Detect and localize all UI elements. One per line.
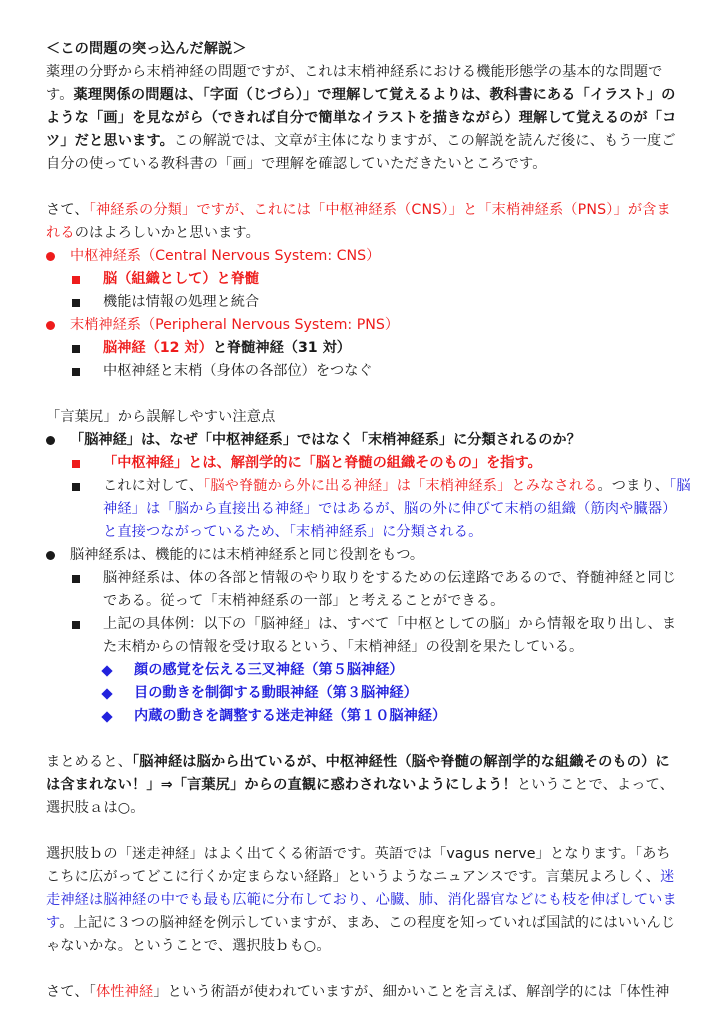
intro-emphasis: ような「画」を見ながら（できれば自分で簡単なイラストを描きながら）理解して覚える… (46, 110, 676, 126)
text: 。つまり、 (597, 478, 669, 494)
list-item-pns: 末梢神経系（Peripheral Nervous System: PNS） (46, 314, 682, 337)
bullet-diamond-icon (103, 705, 111, 728)
section-heading: ＜この問題の突っ込んだ解説＞ (46, 38, 682, 61)
caution-title: 「言葉尻」から誤解しやすい注意点 (46, 406, 682, 429)
text: さて、 (46, 202, 89, 218)
bullet-circle-icon (46, 544, 55, 567)
list-item-label: 「脳神経」は、なぜ「中枢神経系」ではなく「末梢神経系」に分類されるのか？ (70, 432, 581, 448)
text: 選択肢ｂの「迷走神経」はよく出てくる術語です。英語では「vagus nerve」… (46, 843, 682, 866)
bullet-square-icon (72, 475, 80, 498)
intro-emphasis: 薬理関係の問題は、「字面（じづら）」で理解して覚えるよりは、教科書にある「イラス… (74, 87, 676, 103)
list-subitem: 脳（組織として）と脊髄 (46, 268, 682, 291)
highlight-text: れる (46, 225, 75, 241)
intro-text: す。 (46, 87, 74, 103)
bullet-diamond-icon (103, 659, 111, 682)
bullet-circle-icon (46, 245, 55, 268)
highlight-text: 体性神経 (96, 984, 153, 1000)
blue-text: 神経」は「脳から直接出る神経」ではあるが、脳の外に伸びて末梢の組織（筋肉や臓器） (103, 498, 682, 521)
text: まとめると、 (46, 754, 132, 770)
text: のはよろしいかと思います。 (75, 225, 260, 241)
blue-text: す (46, 915, 59, 931)
document-page: ＜この問題の突っ込んだ解説＞ 薬理の分野から末梢神経の問題ですが、これは末梢神経… (46, 38, 682, 1004)
emphasis-text: は含まれない！」⇒「言葉尻」からの直観に惑わされないようにしよう！ (46, 777, 517, 793)
list-subitem-label: と脊髄神経（31 対） (213, 340, 351, 356)
list-subitem: 「中枢神経」とは、解剖学的に「脳と脊髄の組織そのもの」を指す。 (46, 452, 682, 475)
highlight-text: 脳神経（12 対） (103, 340, 213, 356)
highlight-text: 「脳や脊髄から外に出る神経」は「末梢神経系」とみなされる (203, 478, 597, 494)
bullet-square-icon (72, 613, 80, 636)
intro-text: 薬理の分野から末梢神経の問題ですが、これは末梢神経系における機能形態学の基本的な… (46, 64, 663, 80)
intro-emphasis: ツ」だと思います。 (46, 133, 174, 149)
example-item: 顔の感覚を伝える三叉神経（第５脳神経） (46, 659, 682, 682)
example-label: 内蔵の動きを調整する迷走神経（第１０脳神経） (134, 708, 446, 724)
bullet-circle-icon (46, 429, 55, 452)
bullet-square-icon (72, 452, 80, 475)
somatic-paragraph: さて、「体性神経」という術語が使われていますが、細かいことを言えば、解剖学的には… (46, 981, 682, 1004)
summary-paragraph: まとめると、「脳神経は脳から出ているが、中枢神経性（脳や脊髄の解剖学的な組織その… (46, 751, 682, 820)
text: ということで、よって、 (517, 777, 674, 793)
bullet-square-icon (72, 268, 80, 291)
text: である。従って「末梢神経系の一部」と考えることができる。 (103, 590, 682, 613)
list-item-label: 中枢神経系（Central Nervous System: CNS） (70, 248, 380, 264)
bullet-square-icon (72, 291, 80, 314)
list-subitem-label: 「中枢神経」とは、解剖学的に「脳と脊髄の組織そのもの」を指す。 (103, 455, 542, 471)
list-subitem-label: 中枢神経と末梢（身体の各部位）をつなぐ (103, 363, 373, 379)
bullet-square-icon (72, 567, 80, 590)
example-label: 顔の感覚を伝える三叉神経（第５脳神経） (134, 662, 404, 678)
list-subitem: 脳神経系は、体の各部と情報のやり取りをするための伝達路であるので、脊髄神経と同じ… (46, 567, 682, 613)
blue-text: 走神経は脳神経の中でも最も広範に分布しており、心臓、肺、消化器官などにも枝を伸ば… (46, 889, 682, 912)
choice-b-paragraph: 選択肢ｂの「迷走神経」はよく出てくる術語です。英語では「vagus nerve」… (46, 843, 682, 958)
text: 選択肢ａは○。 (46, 797, 682, 820)
highlight-text: 「神経系の分類」ですが、これには「中枢神経系（CNS）」と「末梢神経系（PNS）… (89, 202, 671, 218)
list-subitem-label: 機能は情報の処理と統合 (103, 294, 259, 310)
list-subitem: 中枢神経と末梢（身体の各部位）をつなぐ (46, 360, 682, 383)
text: これに対して、 (103, 478, 203, 494)
list-item-question: 「脳神経」は、なぜ「中枢神経系」ではなく「末梢神経系」に分類されるのか？ (46, 429, 682, 452)
list-subitem: 機能は情報の処理と統合 (46, 291, 682, 314)
list-subitem: これに対して、「脳や脊髄から外に出る神経」は「末梢神経系」とみなされる。つまり、… (46, 475, 682, 544)
text: 上記の具体例：以下の「脳神経」は、すべて「中枢としての脳」から情報を取り出し、ま (103, 613, 682, 636)
intro-text: 自分の使っている教科書の「画」で理解を確認していただきたいところです。 (46, 156, 547, 172)
list-subitem-label: 脳（組織として）と脊髄 (103, 271, 259, 287)
list-item-cns: 中枢神経系（Central Nervous System: CNS） (46, 245, 682, 268)
bullet-square-icon (72, 337, 80, 360)
text: 」という術語が使われていますが、細かいことを言えば、解剖学的には「体性神 (153, 984, 669, 1000)
list-item-function: 脳神経系は、機能的には末梢神経系と同じ役割をもつ。 (46, 544, 682, 567)
blue-text: 迷 (660, 869, 674, 885)
text: ゃないかな。ということで、選択肢ｂも○。 (46, 935, 682, 958)
caution-section: 「言葉尻」から誤解しやすい注意点 「脳神経」は、なぜ「中枢神経系」ではなく「末梢… (46, 406, 682, 728)
intro-text: この解説では、文章が主体になりますが、この解説を読んだ後に、もう一度ご (174, 133, 676, 149)
blue-text: と直接つながっているため、「末梢神経系」に分類される。 (103, 521, 682, 544)
bullet-circle-icon (46, 314, 55, 337)
example-item: 目の動きを制御する動眼神経（第３脳神経） (46, 682, 682, 705)
text: こちに広がってどこに行くか定まらない経路」というようなニュアンスです。言葉尻よろ… (46, 869, 660, 885)
list-subitem: 脳神経（12 対）と脊髄神経（31 対） (46, 337, 682, 360)
blue-text: 「脳 (669, 478, 691, 494)
intro-paragraph: 薬理の分野から末梢神経の問題ですが、これは末梢神経系における機能形態学の基本的な… (46, 61, 682, 176)
example-label: 目の動きを制御する動眼神経（第３脳神経） (134, 685, 418, 701)
list-subitem: 上記の具体例：以下の「脳神経」は、すべて「中枢としての脳」から情報を取り出し、ま… (46, 613, 682, 659)
classification-paragraph: さて、「神経系の分類」ですが、これには「中枢神経系（CNS）」と「末梢神経系（P… (46, 199, 682, 383)
text: た末梢からの情報を受け取るという、「末梢神経」の役割を果たしている。 (103, 636, 682, 659)
text: さて、「 (46, 984, 96, 1000)
bullet-square-icon (72, 360, 80, 383)
list-item-label: 末梢神経系（Peripheral Nervous System: PNS） (70, 317, 399, 333)
bullet-diamond-icon (103, 682, 111, 705)
text: 。上記に３つの脳神経を例示していますが、まあ、この程度を知っていれば国試的にはい… (59, 915, 675, 931)
text: 脳神経系は、体の各部と情報のやり取りをするための伝達路であるので、脊髄神経と同じ (103, 567, 682, 590)
emphasis-text: 「脳神経は脳から出ているが、中枢神経性（脳や脊髄の解剖学的な組織そのもの）に (132, 754, 670, 770)
list-item-label: 脳神経系は、機能的には末梢神経系と同じ役割をもつ。 (70, 547, 424, 563)
example-item: 内蔵の動きを調整する迷走神経（第１０脳神経） (46, 705, 682, 728)
